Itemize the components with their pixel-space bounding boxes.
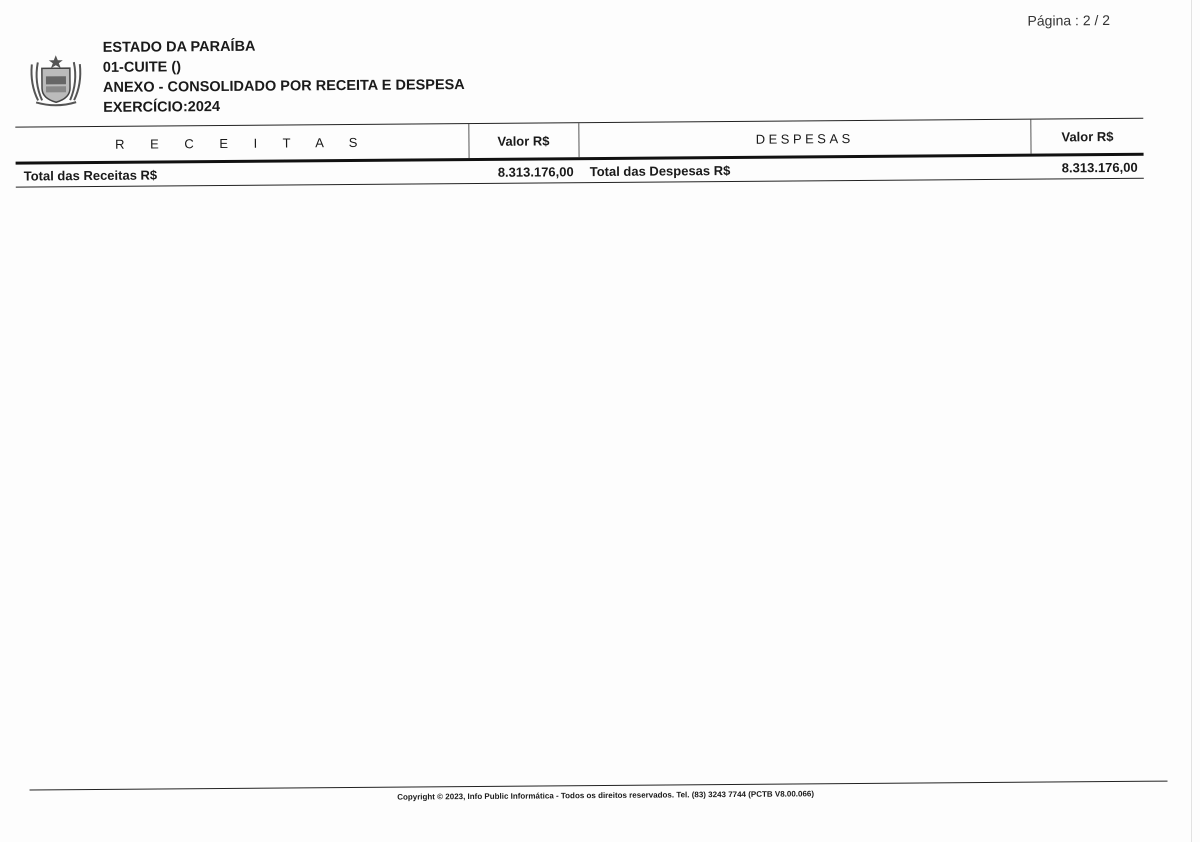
entity-name: 01-CUITE (): [103, 55, 465, 78]
coat-of-arms-icon: [28, 52, 84, 108]
report-header: ESTADO DA PARAÍBA 01-CUITE () ANEXO - CO…: [103, 35, 465, 118]
state-name: ESTADO DA PARAÍBA: [103, 35, 465, 58]
exercise-year: EXERCÍCIO:2024: [103, 95, 465, 118]
total-receitas-label: Total das Receitas R$: [16, 161, 469, 187]
total-receitas-value: 8.313.176,00: [469, 160, 578, 183]
total-despesas-value: 8.313.176,00: [1030, 156, 1142, 179]
total-despesas-label: Total das Despesas R$: [578, 157, 1030, 183]
col-despesas: DESPESAS: [579, 120, 1031, 158]
page-number: Página : 2 / 2: [1027, 12, 1110, 29]
summary-table: R E C E I T A S Valor R$ DESPESAS Valor …: [15, 118, 1143, 188]
report-page: Página : 2 / 2 ESTADO DA PARAÍBA 01-CUIT…: [0, 0, 1200, 842]
report-title: ANEXO - CONSOLIDADO POR RECEITA E DESPES…: [103, 75, 465, 98]
col-valor-despesas: Valor R$: [1030, 119, 1143, 154]
col-valor-receitas: Valor R$: [468, 123, 579, 158]
col-receitas: R E C E I T A S: [15, 124, 468, 162]
